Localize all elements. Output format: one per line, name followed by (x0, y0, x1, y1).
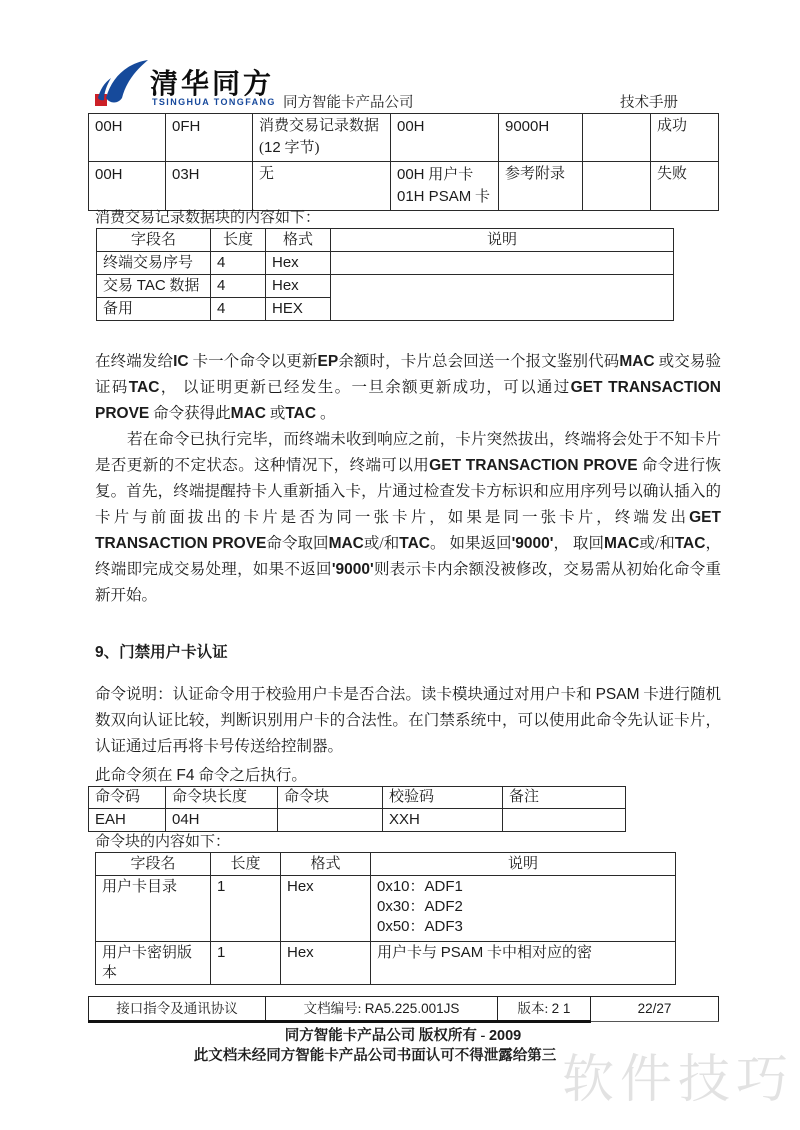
table-cell: EAH (89, 809, 166, 832)
table-row: 00H 0FH 消费交易记录数据(12 字节) 00H 9000H 成功 (89, 114, 719, 162)
table-cell: 用户卡目录 (96, 876, 211, 942)
header-company-name: 同方智能卡产品公司 (283, 91, 414, 112)
paragraph-command-desc: 命令说明：认证命令用于校验用户卡是否合法。读卡模块通过对用户卡和 PSAM 卡进… (95, 682, 721, 760)
column-header: 格式 (281, 853, 371, 876)
table-cell: 终端交易序号 (97, 252, 211, 275)
footer-page-number: 22/27 (591, 997, 719, 1022)
table-row: 接口指令及通讯协议 文档编号: RA5.225.001JS 版本: 2 1 22… (89, 997, 719, 1022)
footer-doc-title: 接口指令及通讯协议 (89, 997, 266, 1022)
column-header: 长度 (211, 229, 266, 252)
table-cell: 消费交易记录数据(12 字节) (253, 114, 391, 162)
body-text-block: 在终端发给IC 卡一个命令以更新EP余额时，卡片总会回送一个报文鉴别代码MAC … (95, 349, 721, 609)
section-heading: 9、门禁用户卡认证 (95, 640, 228, 662)
table-cell: 00H (391, 114, 499, 162)
table-cell: 4 (211, 252, 266, 275)
table-cell: Hex (266, 275, 331, 298)
tongfang-logo-icon (92, 58, 150, 110)
table-cell: 成功 (651, 114, 719, 162)
record-block-caption: 消费交易记录数据块的内容如下： (95, 206, 320, 227)
column-header: 备注 (503, 787, 626, 809)
column-header: 长度 (211, 853, 281, 876)
table-cell: Hex (281, 876, 371, 942)
column-header: 格式 (266, 229, 331, 252)
table-row: 终端交易序号 4 Hex (97, 252, 674, 275)
table-cell: 00H 用户卡 01H PSAM 卡 (391, 162, 499, 211)
record-block-table: 字段名 长度 格式 说明 终端交易序号 4 Hex 交易 TAC 数据 4 He… (96, 228, 674, 321)
table-cell: 4 (211, 298, 266, 321)
table-header-row: 字段名 长度 格式 说明 (96, 853, 676, 876)
command-block-caption: 命令块的内容如下： (95, 830, 230, 851)
column-header: 说明 (371, 853, 676, 876)
table-header-row: 字段名 长度 格式 说明 (97, 229, 674, 252)
table-cell: 00H (89, 162, 166, 211)
table-cell (503, 809, 626, 832)
header-manual-label: 技术手册 (620, 91, 678, 112)
logo-chinese-name: 清华同方 (150, 62, 274, 102)
table-cell: 9000H (499, 114, 583, 162)
table-cell: 04H (166, 809, 278, 832)
table-cell: 参考附录 (499, 162, 583, 211)
table-row: 用户卡密钥版本 1 Hex 用户卡与 PSAM 卡中相对应的密 (96, 942, 676, 985)
command-table: 命令码 命令块长度 命令块 校验码 备注 EAH 04H XXH (88, 786, 626, 832)
footer-doc-number: 文档编号: RA5.225.001JS (266, 997, 498, 1022)
table-cell: 1 (211, 942, 281, 985)
table-cell (278, 809, 383, 832)
command-block-table: 字段名 长度 格式 说明 用户卡目录 1 Hex 0x10：ADF1 0x30：… (95, 852, 676, 985)
footer-info-bar: 接口指令及通讯协议 文档编号: RA5.225.001JS 版本: 2 1 22… (88, 996, 719, 1023)
watermark-text: 软件技巧 (562, 1037, 794, 1112)
table-cell: Hex (281, 942, 371, 985)
table-cell: 0x10：ADF1 0x30：ADF2 0x50：ADF3 (371, 876, 676, 942)
document-page: 清华同方 TSINGHUA TONGFANG 同方智能卡产品公司 技术手册 00… (0, 0, 800, 1130)
column-header: 字段名 (97, 229, 211, 252)
column-header: 校验码 (383, 787, 503, 809)
paragraph-recovery: 若在命令已执行完毕，而终端未收到响应之前，卡片突然拔出，终端将会处于不知卡片是否… (95, 427, 721, 609)
response-table: 00H 0FH 消费交易记录数据(12 字节) 00H 9000H 成功 00H… (88, 113, 719, 211)
table-cell: 03H (166, 162, 253, 211)
column-header: 命令码 (89, 787, 166, 809)
table-row: 交易 TAC 数据 4 Hex (97, 275, 674, 298)
table-row: 00H 03H 无 00H 用户卡 01H PSAM 卡 参考附录 失败 (89, 162, 719, 211)
table-cell (583, 162, 651, 211)
column-header: 命令块长度 (166, 787, 278, 809)
column-header: 命令块 (278, 787, 383, 809)
table-cell: 00H (89, 114, 166, 162)
logo-english-name: TSINGHUA TONGFANG (152, 97, 276, 107)
column-header: 说明 (331, 229, 674, 252)
table-cell: Hex (266, 252, 331, 275)
table-cell: 失败 (651, 162, 719, 211)
table-cell: 无 (253, 162, 391, 211)
table-cell: 0FH (166, 114, 253, 162)
table-cell: XXH (383, 809, 503, 832)
footer-version: 版本: 2 1 (498, 997, 591, 1022)
table-cell: 备用 (97, 298, 211, 321)
table-cell: 用户卡与 PSAM 卡中相对应的密 (371, 942, 676, 985)
paragraph-mac-tac: 在终端发给IC 卡一个命令以更新EP余额时，卡片总会回送一个报文鉴别代码MAC … (95, 349, 721, 427)
table-cell: 交易 TAC 数据 (97, 275, 211, 298)
table-row: 用户卡目录 1 Hex 0x10：ADF1 0x30：ADF2 0x50：ADF… (96, 876, 676, 942)
table-cell (583, 114, 651, 162)
table-cell: HEX (266, 298, 331, 321)
table-cell (331, 252, 674, 275)
table-header-row: 命令码 命令块长度 命令块 校验码 备注 (89, 787, 626, 809)
table-cell: 4 (211, 275, 266, 298)
table-cell-merged (331, 275, 674, 321)
table-row: EAH 04H XXH (89, 809, 626, 832)
table-cell: 用户卡密钥版本 (96, 942, 211, 985)
table-cell: 1 (211, 876, 281, 942)
column-header: 字段名 (96, 853, 211, 876)
